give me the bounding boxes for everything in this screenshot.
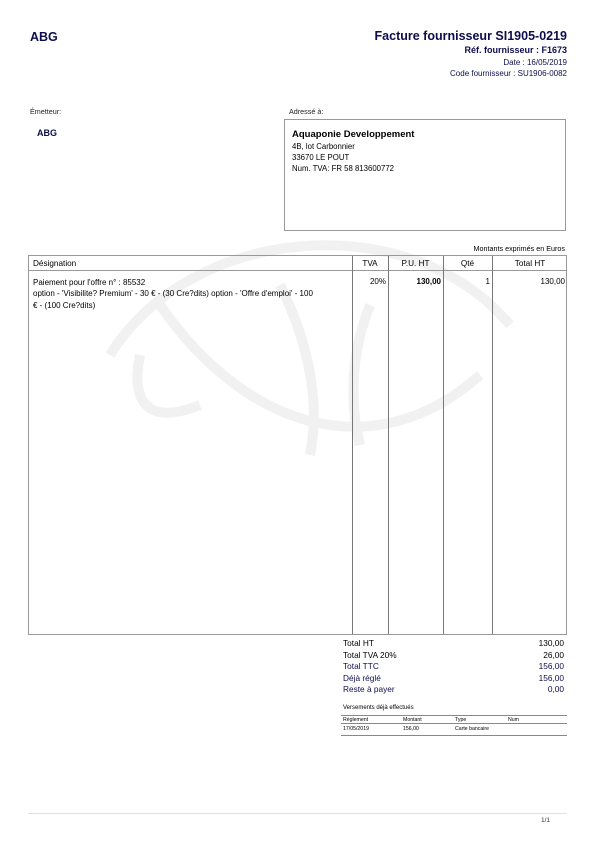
table-row-qty: 1 [443, 277, 490, 286]
designation-line: Paiement pour l'offre n° : 85532 [33, 277, 313, 288]
column-divider [352, 256, 353, 634]
payments-top-rule [341, 715, 567, 716]
payment-row-amount: 156,00 [403, 726, 419, 732]
supplier-code: Code fournisseur : SU1906-0082 [450, 69, 567, 78]
supplier-reference: Réf. fournisseur : F1673 [464, 45, 567, 55]
column-divider [492, 256, 493, 634]
total-value: 156,00 [539, 661, 564, 671]
total-label: Total HT [343, 638, 374, 648]
total-label: Déjà réglé [343, 673, 381, 683]
recipient-label: Adressé à: [289, 107, 323, 116]
total-value: 156,00 [539, 673, 564, 683]
total-value: 26,00 [543, 650, 564, 660]
column-header-qty: Qté [443, 259, 492, 268]
invoice-title: Facture fournisseur SI1905-0219 [375, 29, 567, 43]
payments-title: Versements déjà effectués [343, 705, 414, 711]
footer-divider [28, 813, 567, 814]
payments-table: Règlement Montant Type Num 17/05/2019 15… [341, 715, 567, 736]
header-divider [29, 270, 566, 271]
currency-note: Montants exprimés en Euros [474, 244, 565, 253]
column-divider [388, 256, 389, 634]
recipient-box: Aquaponie Developpement 4B, lot Carbonni… [284, 119, 566, 231]
designation-line: option - 'Visibilite? Premium' - 30 € - … [33, 288, 313, 299]
sender-label: Émetteur: [30, 107, 61, 116]
payments-header-rule [341, 723, 567, 724]
payments-bottom-rule [341, 735, 567, 736]
payment-row-date: 17/05/2019 [343, 726, 369, 732]
page-number: 1/1 [541, 817, 550, 824]
recipient-vat: Num. TVA: FR 58 813600772 [292, 164, 394, 173]
payments-header-date: Règlement [343, 717, 368, 723]
recipient-address-line1: 4B, lot Carbonnier [292, 142, 355, 151]
invoice-lines-table: Désignation TVA P.U. HT Qté Total HT Pai… [28, 255, 567, 635]
invoice-date: Date : 16/05/2019 [503, 58, 567, 67]
column-header-total-ht: Total HT [492, 259, 568, 268]
company-name: ABG [30, 30, 58, 44]
payments-header-amount: Montant [403, 717, 422, 723]
table-row-unit-price: 130,00 [388, 277, 441, 286]
payment-row-type: Carte bancaire [455, 726, 489, 732]
column-header-tva: TVA [352, 259, 388, 268]
total-label: Total TVA 20% [343, 650, 397, 660]
recipient-name: Aquaponie Developpement [292, 129, 414, 140]
sender-name: ABG [37, 128, 57, 138]
total-value: 0,00 [548, 684, 564, 694]
payments-header-num: Num [508, 717, 519, 723]
table-row-tva: 20% [352, 277, 386, 286]
table-row-designation: Paiement pour l'offre n° : 85532 option … [33, 277, 313, 311]
column-header-designation: Désignation [33, 259, 76, 268]
designation-line: € - (100 Cre?dits) [33, 300, 313, 311]
column-header-unit-price: P.U. HT [388, 259, 443, 268]
column-divider [443, 256, 444, 634]
total-value: 130,00 [539, 638, 564, 648]
total-label: Reste à payer [343, 684, 395, 694]
payments-header-type: Type [455, 717, 466, 723]
recipient-address-line2: 33670 LE POUT [292, 153, 349, 162]
total-label: Total TTC [343, 661, 379, 671]
table-row-total-ht: 130,00 [492, 277, 565, 286]
